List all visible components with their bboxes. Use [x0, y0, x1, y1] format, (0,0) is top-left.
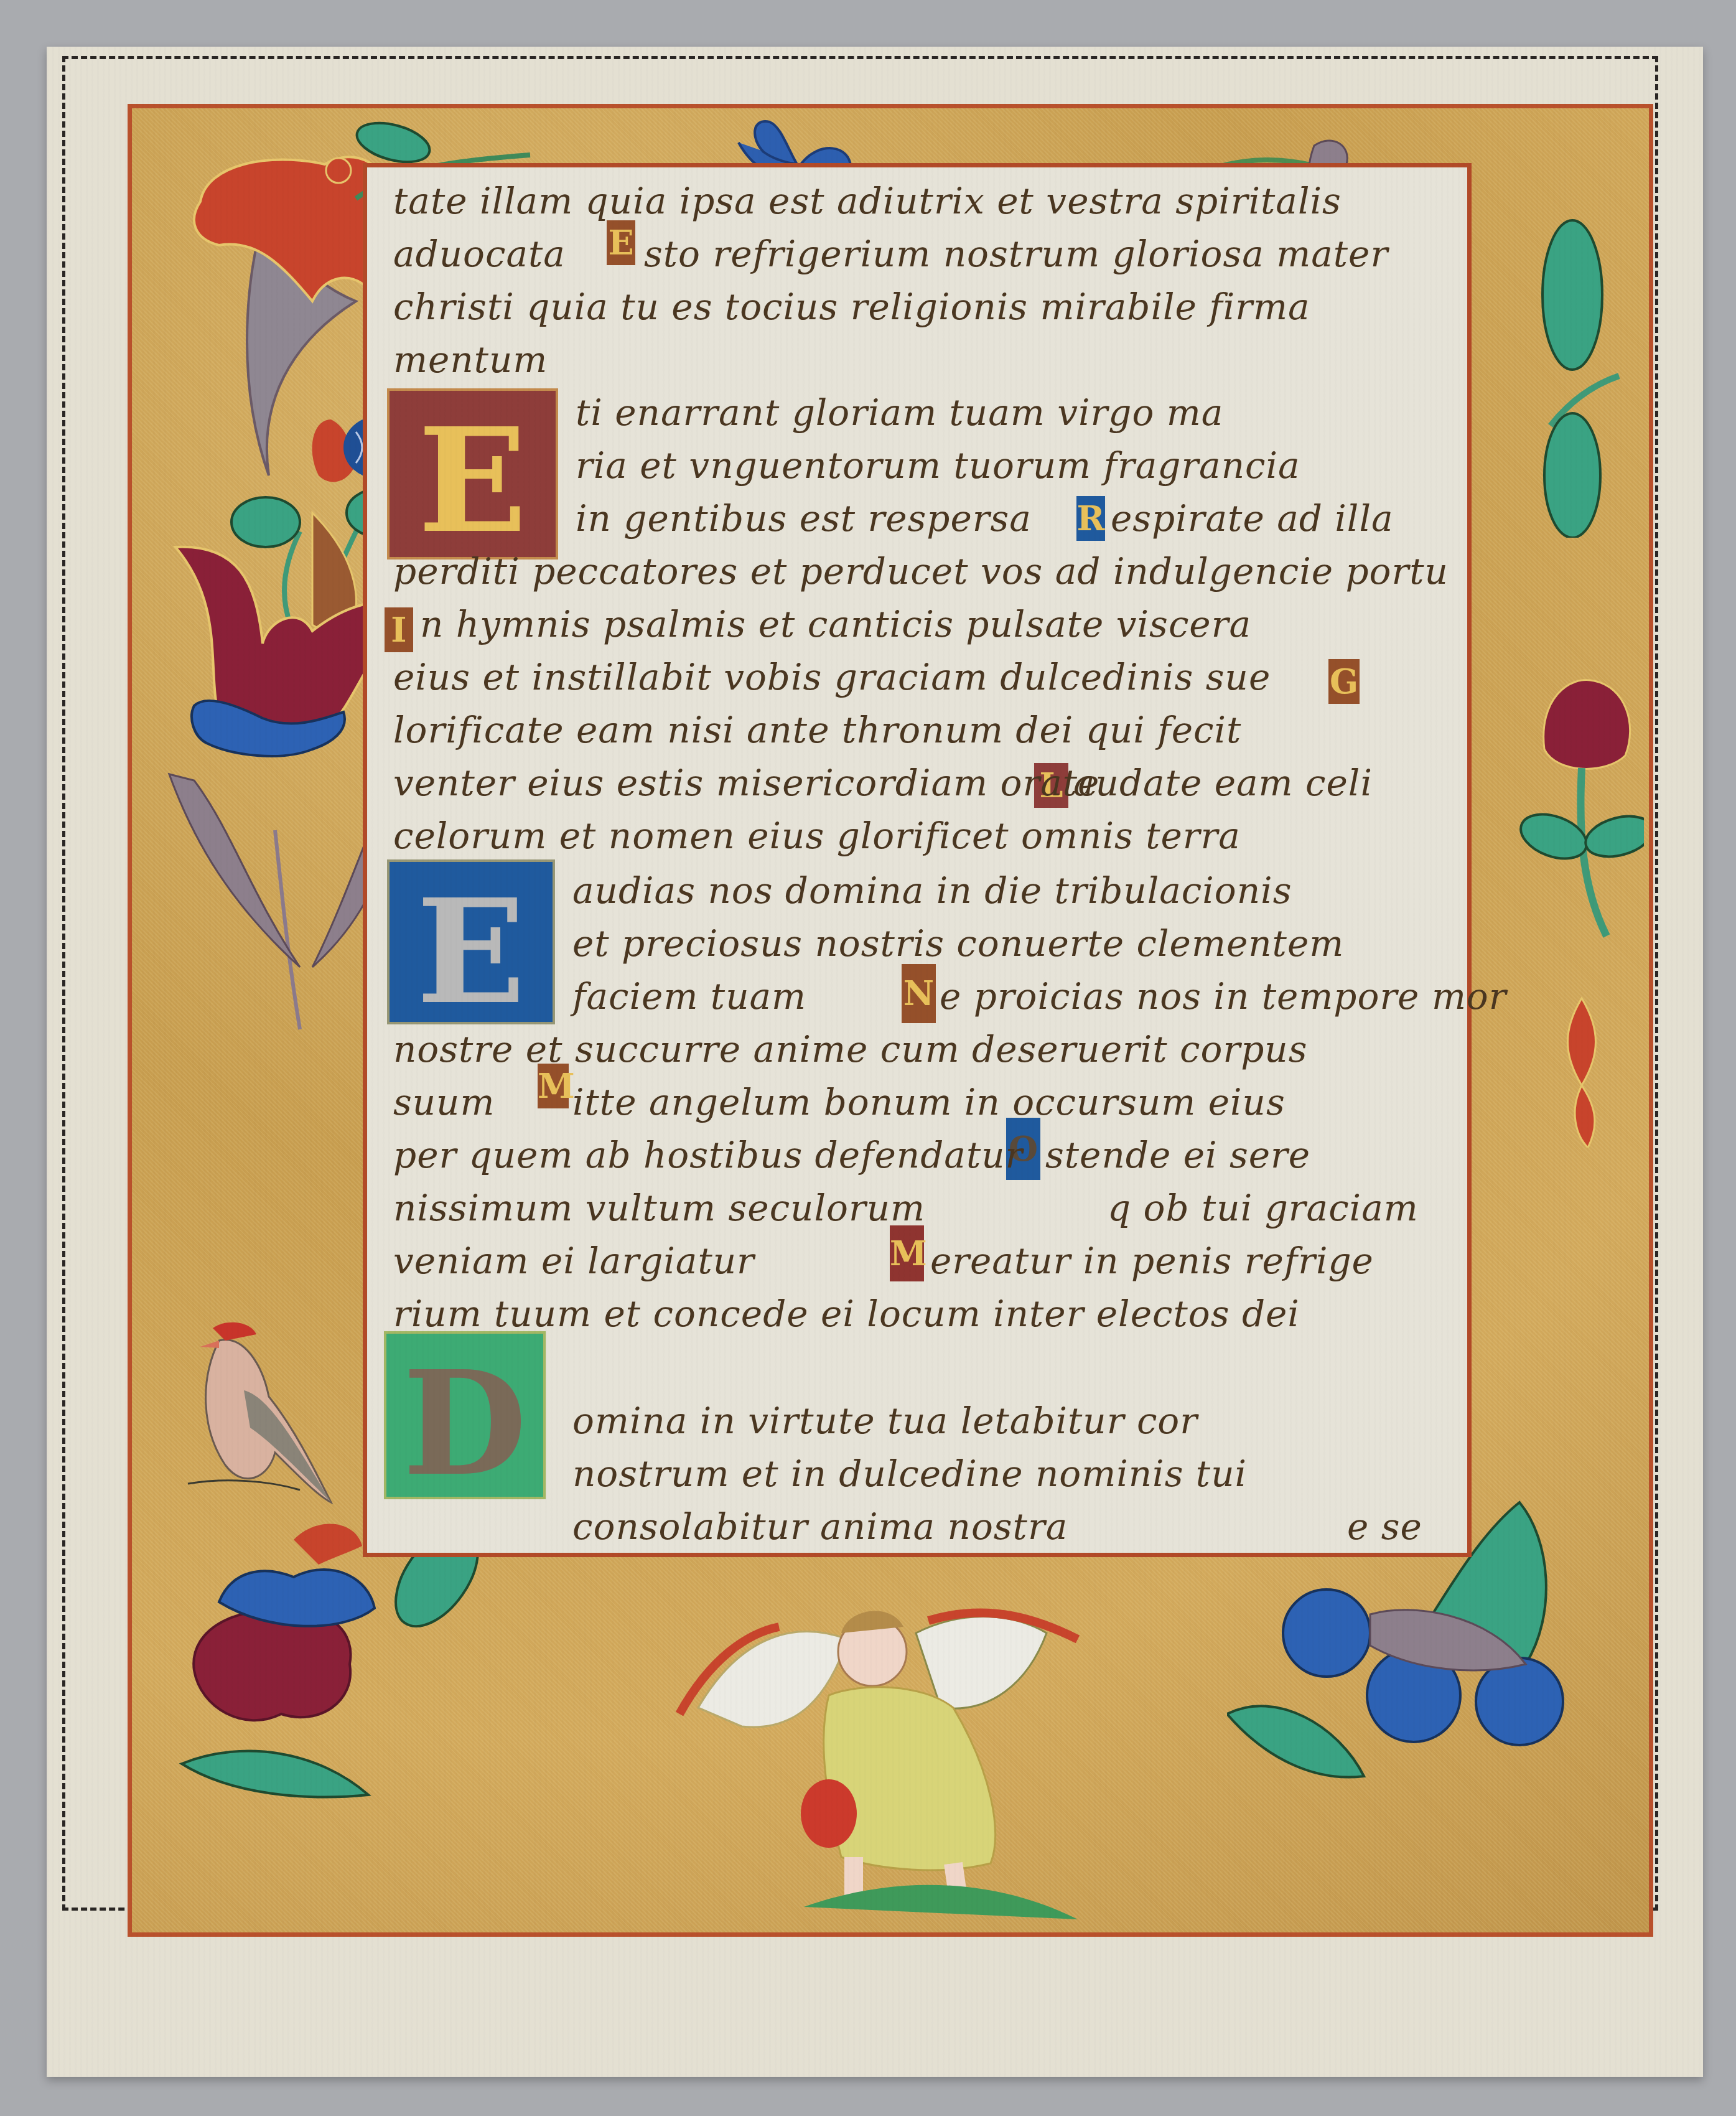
text-line-2b: sto refrigerium nostrum gloriosa mater	[644, 233, 1388, 275]
initial-r-blue: R	[1076, 496, 1105, 541]
text-line-21a: veniam ei largiatur	[393, 1240, 755, 1282]
text-line-2a: aduocata	[393, 233, 566, 275]
text-line-18a: suum	[393, 1081, 495, 1123]
initial-e-small: E	[607, 220, 635, 265]
text-line-23: omina in virtute tua letabitur cor	[572, 1400, 1198, 1442]
bird-icon	[175, 1303, 337, 1509]
manuscript-page: E E R I G L E N M O M D tate illam quia …	[47, 47, 1703, 2077]
top-purple-rose-icon	[1183, 121, 1358, 208]
initial-n: N	[902, 964, 936, 1023]
initial-m: M	[538, 1064, 569, 1108]
initial-i: I	[385, 607, 413, 652]
text-line-9: n hymnis psalmis et canticis pulsate vis…	[420, 603, 1251, 645]
top-left-red-flower-icon	[169, 127, 431, 550]
text-line-17: nostre et succurre anime cum deseruerit …	[393, 1028, 1307, 1070]
text-line-6: ria et vnguentorum tuorum fragrancia	[576, 444, 1300, 487]
text-line-25b: e se	[1347, 1505, 1422, 1548]
initial-g: G	[1328, 659, 1360, 704]
text-line-20a: nissimum vultum seculorum	[393, 1187, 925, 1229]
initial-l: L	[1034, 763, 1068, 808]
text-line-16a: faciem tuam	[572, 975, 806, 1018]
bottom-right-flower-icon	[1227, 1490, 1613, 1863]
right-rosebud-icon	[1519, 650, 1644, 1148]
text-line-14: audias nos domina in die tribulacionis	[572, 869, 1292, 912]
outer-ruling-frame	[62, 56, 1658, 1911]
text-block: E E R I G L E N M O M D tate illam quia …	[363, 163, 1472, 1557]
gilded-border	[128, 104, 1653, 1937]
text-line-15: et preciosus nostris conuerte clementem	[572, 922, 1344, 965]
text-line-22: rium tuum et concede ei locum inter elec…	[393, 1293, 1300, 1335]
text-line-7a: in gentibus est respersa	[576, 497, 1032, 540]
text-line-20b: q ob tui graciam	[1108, 1187, 1419, 1229]
text-line-5: ti enarrant gloriam tuam virgo ma	[576, 391, 1223, 434]
text-line-11: lorificate eam nisi ante thronum dei qui…	[393, 709, 1241, 751]
text-line-13: celorum et nomen eius glorificet omnis t…	[393, 815, 1241, 857]
text-line-21b: ereatur in penis refrige	[930, 1240, 1374, 1282]
text-line-12b: audate eam celi	[1073, 762, 1373, 804]
text-line-19a: per quem ab hostibus defendatur	[393, 1134, 1023, 1176]
text-line-12a: venter eius estis misericordiam orate	[393, 762, 1099, 804]
text-line-10: eius et instillabit vobis graciam dulced…	[393, 656, 1271, 698]
text-line-18b: itte angelum bonum in occursum eius	[572, 1081, 1286, 1123]
text-line-24: nostrum et in dulcedine nominis tui	[572, 1453, 1247, 1495]
initial-d-large-green: D	[384, 1331, 546, 1499]
angel-icon	[642, 1583, 1202, 1932]
initial-e-large-blue: E	[387, 859, 555, 1024]
initial-m-red: M	[890, 1225, 924, 1281]
text-line-16b: e proicias nos in tempore mor	[940, 975, 1507, 1018]
top-blue-ribbon-icon	[732, 115, 857, 199]
top-green-sprig-icon	[350, 118, 536, 217]
text-line-7b: espirate ad illa	[1111, 497, 1394, 540]
text-line-19b: stende ei sere	[1045, 1134, 1310, 1176]
text-line-8: perditi peccatores et perducet vos ad in…	[393, 550, 1449, 592]
text-line-1: tate illam quia ipsa est adiutrix et ves…	[393, 180, 1342, 222]
text-line-4: mentum	[393, 339, 548, 381]
left-tulip-icon	[157, 482, 424, 1042]
text-line-25a: consolabitur anima nostra	[572, 1505, 1068, 1548]
right-leaf-pair-icon	[1526, 214, 1625, 538]
bottom-left-flower-icon	[169, 1502, 518, 1851]
text-line-3: christi quia tu es tocius religionis mir…	[393, 286, 1310, 328]
initial-o-blue: O	[1006, 1118, 1040, 1180]
initial-e-large-rose: E	[387, 388, 558, 559]
